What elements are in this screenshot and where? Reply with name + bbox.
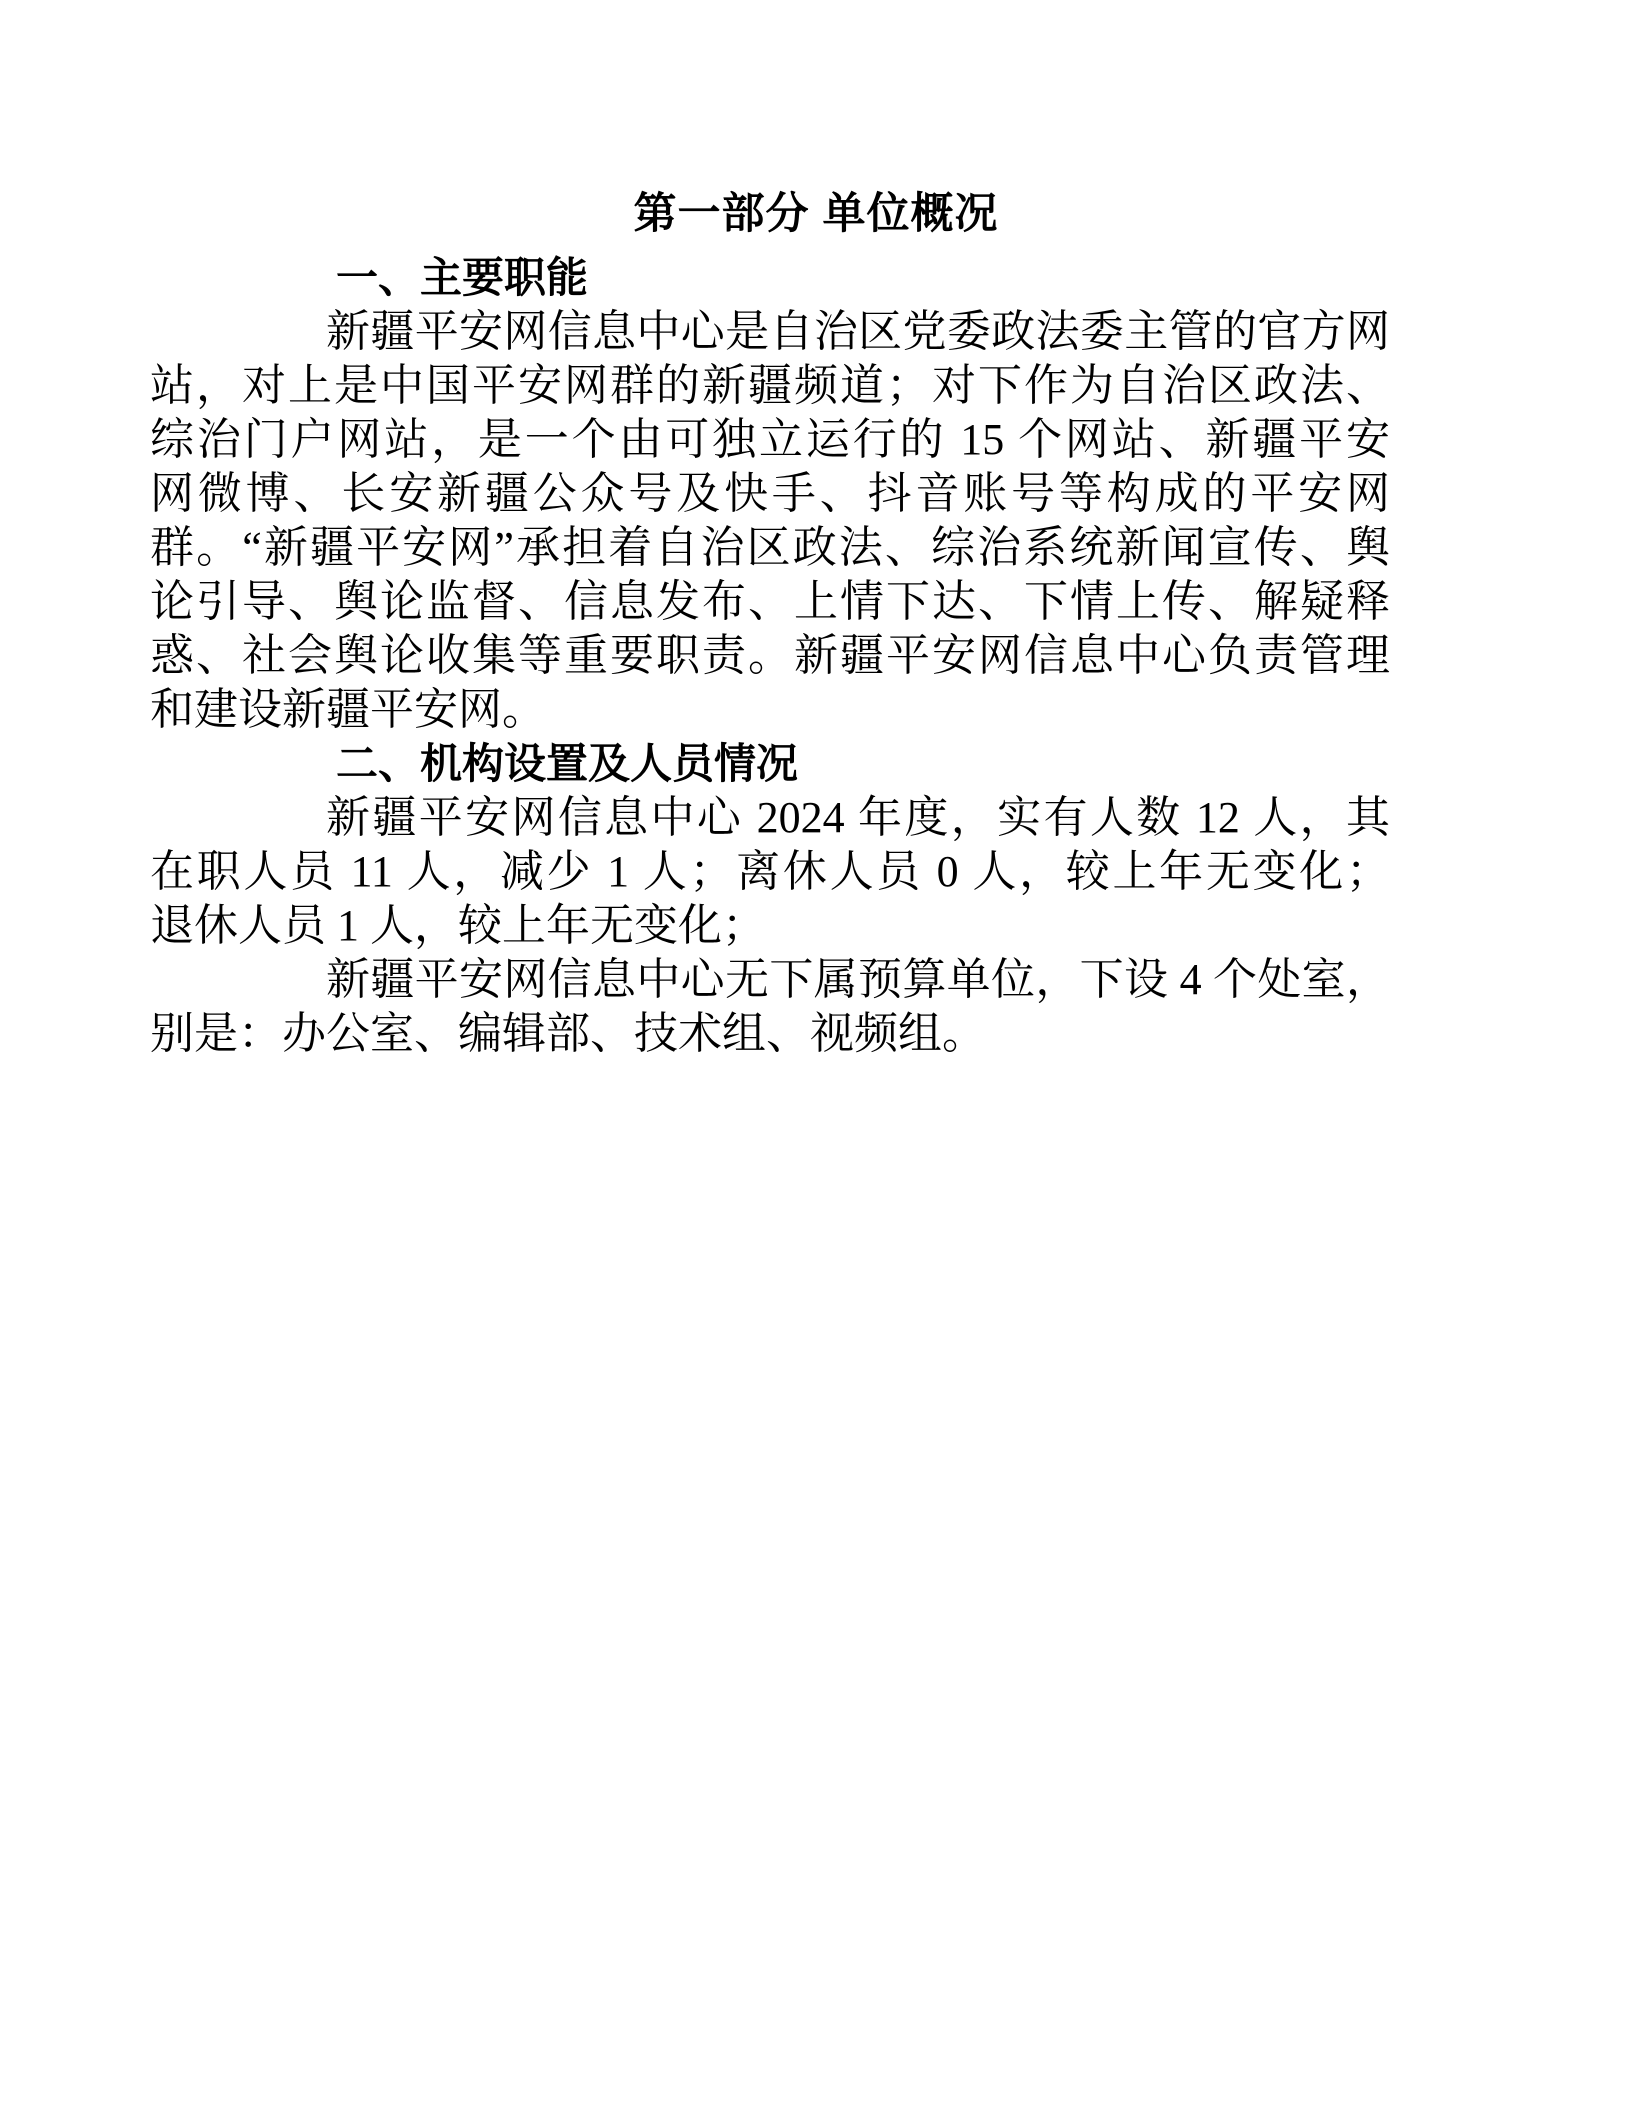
section-heading-main-functions: 一、主要职能 xyxy=(150,251,1390,305)
paragraph-line: 新疆平安网信息中心是自治区党委政法委主管的官方网 xyxy=(150,305,1390,359)
paragraph: 新疆平安网信息中心是自治区党委政法委主管的官方网站，对上是中国平安网群的新疆频道… xyxy=(150,305,1390,737)
paragraph: 新疆平安网信息中心 2024 年度，实有人数 12 人，其中：在职人员 11 人… xyxy=(150,791,1390,953)
section-org-and-personnel: 二、机构设置及人员情况 新疆平安网信息中心 2024 年度，实有人数 12 人，… xyxy=(150,737,1390,1061)
paragraph-line: 综治门户网站，是一个由可独立运行的 15 个网站、新疆平安 xyxy=(150,413,1390,467)
paragraph-line: 论引导、舆论监督、信息发布、上情下达、下情上传、解疑释 xyxy=(150,575,1390,629)
paragraph-line: 惑、社会舆论收集等重要职责。新疆平安网信息中心负责管理 xyxy=(150,629,1390,683)
section-main-functions: 一、主要职能 新疆平安网信息中心是自治区党委政法委主管的官方网站，对上是中国平安… xyxy=(150,251,1390,737)
section-paragraphs: 新疆平安网信息中心 2024 年度，实有人数 12 人，其中：在职人员 11 人… xyxy=(150,791,1390,1061)
paragraph-line: 新疆平安网信息中心无下属预算单位，下设 4 个处室，分 xyxy=(150,953,1390,1007)
paragraph-line: 站，对上是中国平安网群的新疆频道；对下作为自治区政法、 xyxy=(150,359,1390,413)
paragraph-line: 群。“新疆平安网”承担着自治区政法、综治系统新闻宣传、舆 xyxy=(150,521,1390,575)
paragraph-line: 在职人员 11 人，减少 1 人；离休人员 0 人，较上年无变化； xyxy=(150,845,1390,899)
paragraph-line: 退休人员 1 人，较上年无变化； xyxy=(150,899,1390,953)
paragraph-line: 和建设新疆平安网。 xyxy=(150,683,1390,737)
paragraph-line: 新疆平安网信息中心 2024 年度，实有人数 12 人，其中： xyxy=(150,791,1390,845)
section-paragraphs: 新疆平安网信息中心是自治区党委政法委主管的官方网站，对上是中国平安网群的新疆频道… xyxy=(150,305,1390,737)
document-page: 第一部分 单位概况 一、主要职能 新疆平安网信息中心是自治区党委政法委主管的官方… xyxy=(0,0,1632,2112)
paragraph-line: 别是：办公室、编辑部、技术组、视频组。 xyxy=(150,1007,1390,1061)
paragraph-line: 网微博、长安新疆公众号及快手、抖音账号等构成的平安网 xyxy=(150,467,1390,521)
document-title: 第一部分 单位概况 xyxy=(0,0,1632,242)
section-heading-org-and-personnel: 二、机构设置及人员情况 xyxy=(150,737,1390,791)
paragraph: 新疆平安网信息中心无下属预算单位，下设 4 个处室，分别是：办公室、编辑部、技术… xyxy=(150,953,1390,1061)
document-body: 一、主要职能 新疆平安网信息中心是自治区党委政法委主管的官方网站，对上是中国平安… xyxy=(150,251,1390,1061)
